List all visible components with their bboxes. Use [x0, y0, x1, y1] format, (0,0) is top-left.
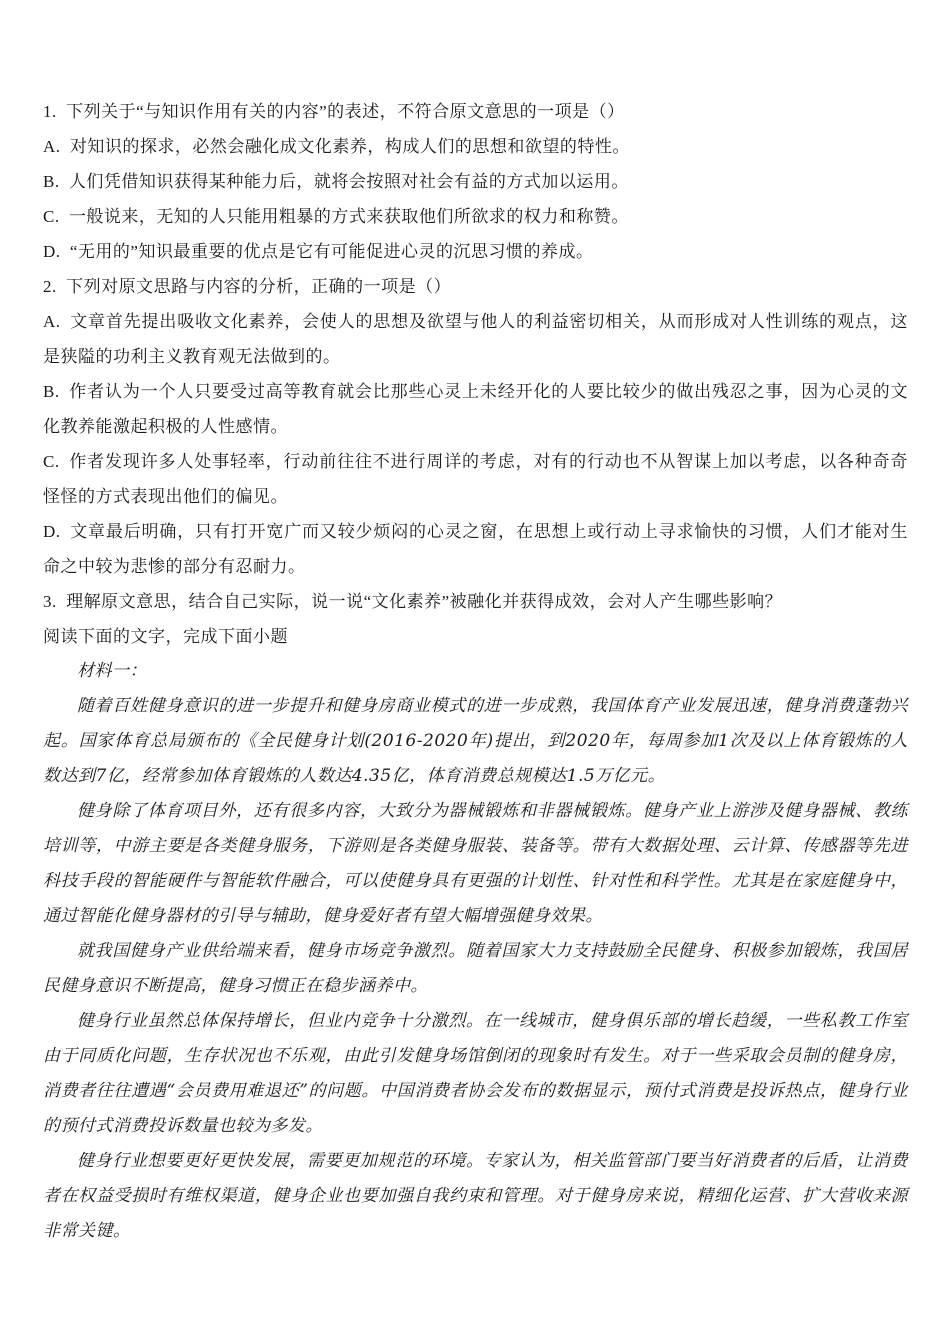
multiple-choice-section: 1.下列关于“与知识作用有关的内容”的表述，不符合原文意思的一项是（） A.对知…: [43, 94, 908, 619]
question-2-stem: 2.下列对原文思路与内容的分析，正确的一项是（）: [43, 269, 908, 304]
option-text: 作者认为一个人只要受过高等教育就会比那些心灵上未经开化的人要比较少的做出残忍之事…: [43, 382, 908, 436]
option-label-a: A.: [43, 312, 61, 331]
question-1-text: 下列关于“与知识作用有关的内容”的表述，不符合原文意思的一项是（）: [66, 102, 625, 121]
question-1-stem: 1.下列关于“与知识作用有关的内容”的表述，不符合原文意思的一项是（）: [43, 94, 908, 129]
material-paragraph-4: 健身行业虽然总体保持增长，但业内竞争十分激烈。在一线城市，健身俱乐部的增长趋缓，…: [43, 1004, 908, 1144]
question-1-option-d: D.“无用的”知识最重要的优点是它有可能促进心灵的沉思习惯的养成。: [43, 234, 908, 269]
option-text: 文章首先提出吸收文化素养，会使人的思想及欲望与他人的利益密切相关，从而形成对人性…: [43, 312, 908, 366]
question-2-option-d: D.文章最后明确，只有打开宽广而又较少烦闷的心灵之窗，在思想上或行动上寻求愉快的…: [43, 514, 908, 584]
question-3-stem: 3.理解原文意思，结合自己实际，说一说“文化素养”被融化并获得成效，会对人产生哪…: [43, 584, 908, 619]
reading-instruction: 阅读下面的文字，完成下面小题: [43, 619, 908, 654]
reading-material-section: 材料一： 随着百姓健身意识的进一步提升和健身房商业模式的进一步成熟，我国体育产业…: [43, 654, 908, 1249]
material-paragraph-3: 就我国健身产业供给端来看，健身市场竞争激烈。随着国家大力支持鼓励全民健身、积极参…: [43, 934, 908, 1004]
exam-paper-page: 1.下列关于“与知识作用有关的内容”的表述，不符合原文意思的一项是（） A.对知…: [0, 0, 950, 1344]
question-2-text: 下列对原文思路与内容的分析，正确的一项是（）: [66, 277, 451, 296]
material-paragraph-2: 健身除了体育项目外，还有很多内容，大致分为器械锻炼和非器械锻炼。健身产业上游涉及…: [43, 794, 908, 934]
option-text: 文章最后明确，只有打开宽广而又较少烦闷的心灵之窗，在思想上或行动上寻求愉快的习惯…: [43, 522, 908, 576]
option-text: 人们凭借知识获得某种能力后，就将会按照对社会有益的方式加以运用。: [69, 172, 629, 191]
option-label-d: D.: [43, 522, 61, 541]
option-label-c: C.: [43, 207, 60, 226]
question-2-number: 2.: [43, 277, 57, 296]
question-2-option-a: A.文章首先提出吸收文化素养，会使人的思想及欲望与他人的利益密切相关，从而形成对…: [43, 304, 908, 374]
question-1-option-c: C.一般说来，无知的人只能用粗暴的方式来获取他们所欲求的权力和称赞。: [43, 199, 908, 234]
material-paragraph-5: 健身行业想要更好更快发展，需要更加规范的环境。专家认为，相关监管部门要当好消费者…: [43, 1144, 908, 1249]
option-label-a: A.: [43, 137, 61, 156]
question-3-number: 3.: [43, 592, 57, 611]
option-label-b: B.: [43, 382, 60, 401]
option-text: 作者发现许多人处事轻率，行动前往往不进行周详的考虑，对有的行动也不从智谋上加以考…: [43, 452, 908, 506]
question-1-option-b: B.人们凭借知识获得某种能力后，就将会按照对社会有益的方式加以运用。: [43, 164, 908, 199]
option-label-c: C.: [43, 452, 60, 471]
material-paragraph-1: 随着百姓健身意识的进一步提升和健身房商业模式的进一步成熟，我国体育产业发展迅速，…: [43, 689, 908, 794]
question-2-option-b: B.作者认为一个人只要受过高等教育就会比那些心灵上未经开化的人要比较少的做出残忍…: [43, 374, 908, 444]
option-label-b: B.: [43, 172, 60, 191]
option-text: “无用的”知识最重要的优点是它有可能促进心灵的沉思习惯的养成。: [70, 242, 594, 261]
option-text: 对知识的探求，必然会融化成文化素养，构成人们的思想和欲望的特性。: [70, 137, 630, 156]
option-text: 一般说来，无知的人只能用粗暴的方式来获取他们所欲求的权力和称赞。: [69, 207, 629, 226]
material-label: 材料一：: [43, 654, 908, 689]
question-2-option-c: C.作者发现许多人处事轻率，行动前往往不进行周详的考虑，对有的行动也不从智谋上加…: [43, 444, 908, 514]
question-1-option-a: A.对知识的探求，必然会融化成文化素养，构成人们的思想和欲望的特性。: [43, 129, 908, 164]
question-3-text: 理解原文意思，结合自己实际，说一说“文化素养”被融化并获得成效，会对人产生哪些影…: [66, 592, 782, 611]
question-1-number: 1.: [43, 102, 57, 121]
option-label-d: D.: [43, 242, 61, 261]
